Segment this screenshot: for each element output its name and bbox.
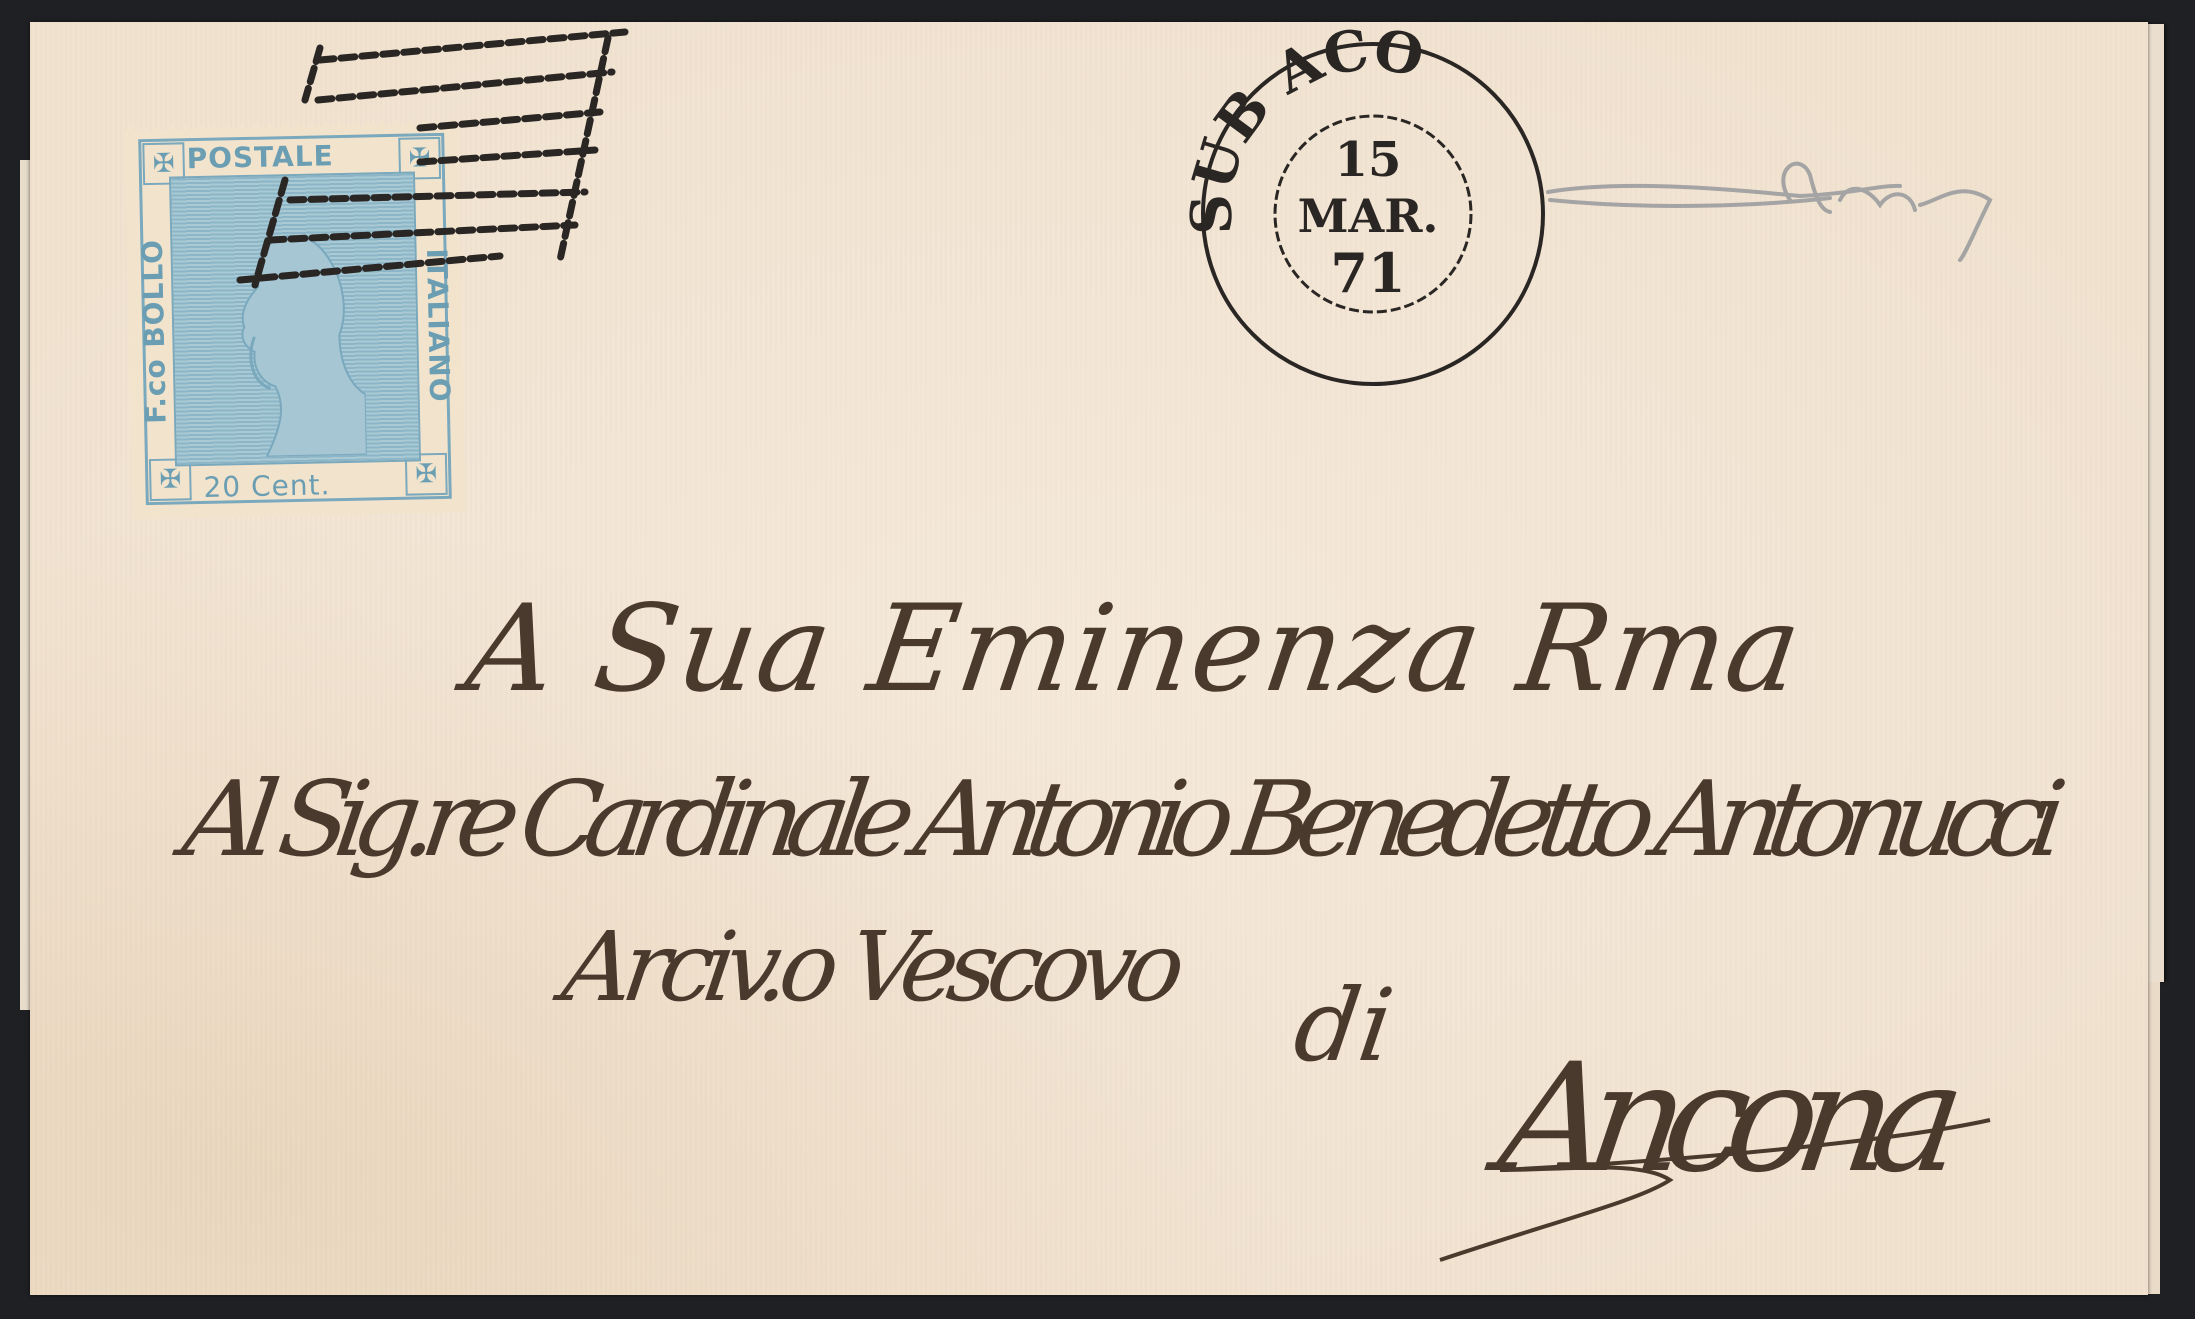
postmark-day: 15 (1335, 132, 1402, 188)
address-line-1: A Sua Eminenza Rma (449, 580, 1809, 719)
address-line-4: di (1288, 967, 1400, 1083)
handwritten-address: A Sua Eminenza Rma Al Sig.re Cardinale A… (168, 580, 2073, 1206)
postmark-year: 71 (1330, 241, 1405, 305)
address-line-5: Ancona (1479, 1031, 1976, 1206)
pencil-notation (1548, 164, 1990, 260)
circular-datestamp: SUB ACO 15 MAR. 71 (1178, 16, 1543, 384)
postmark-month: MAR. (1298, 189, 1439, 243)
address-line-2: Al Sig.re Cardinale Antonio Benedetto An… (168, 758, 2073, 879)
pencil-note-text: Plery (1820, 202, 1847, 213)
markings-layer: SUB ACO 15 MAR. 71 Plery A Sua Eminenza … (0, 0, 2195, 1319)
grid-cancellation-icon (240, 32, 625, 285)
address-line-3: Arciv.o Vescovo (548, 910, 1192, 1022)
